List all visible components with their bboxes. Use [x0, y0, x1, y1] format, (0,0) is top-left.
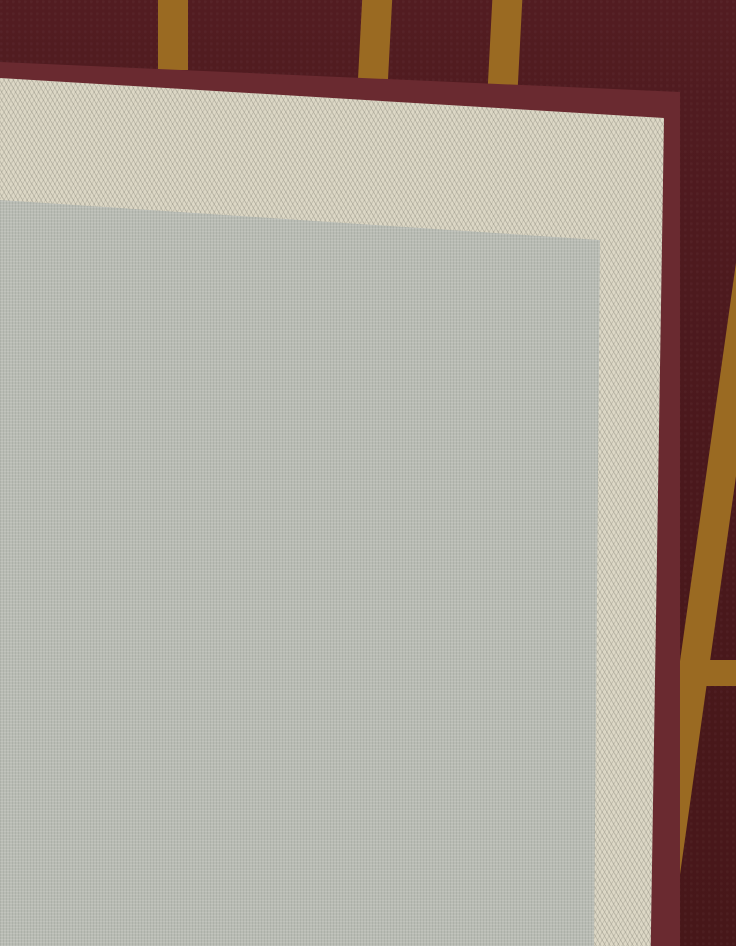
gold-crossbar: [700, 660, 736, 686]
gold-stripe-2: [358, 0, 392, 82]
gold-stripe-3: [488, 0, 523, 88]
gold-stripe-1: [158, 0, 188, 70]
canvas-weave-texture: [0, 200, 600, 946]
canvas-backing: [0, 200, 600, 946]
rug-photo: [0, 0, 736, 946]
